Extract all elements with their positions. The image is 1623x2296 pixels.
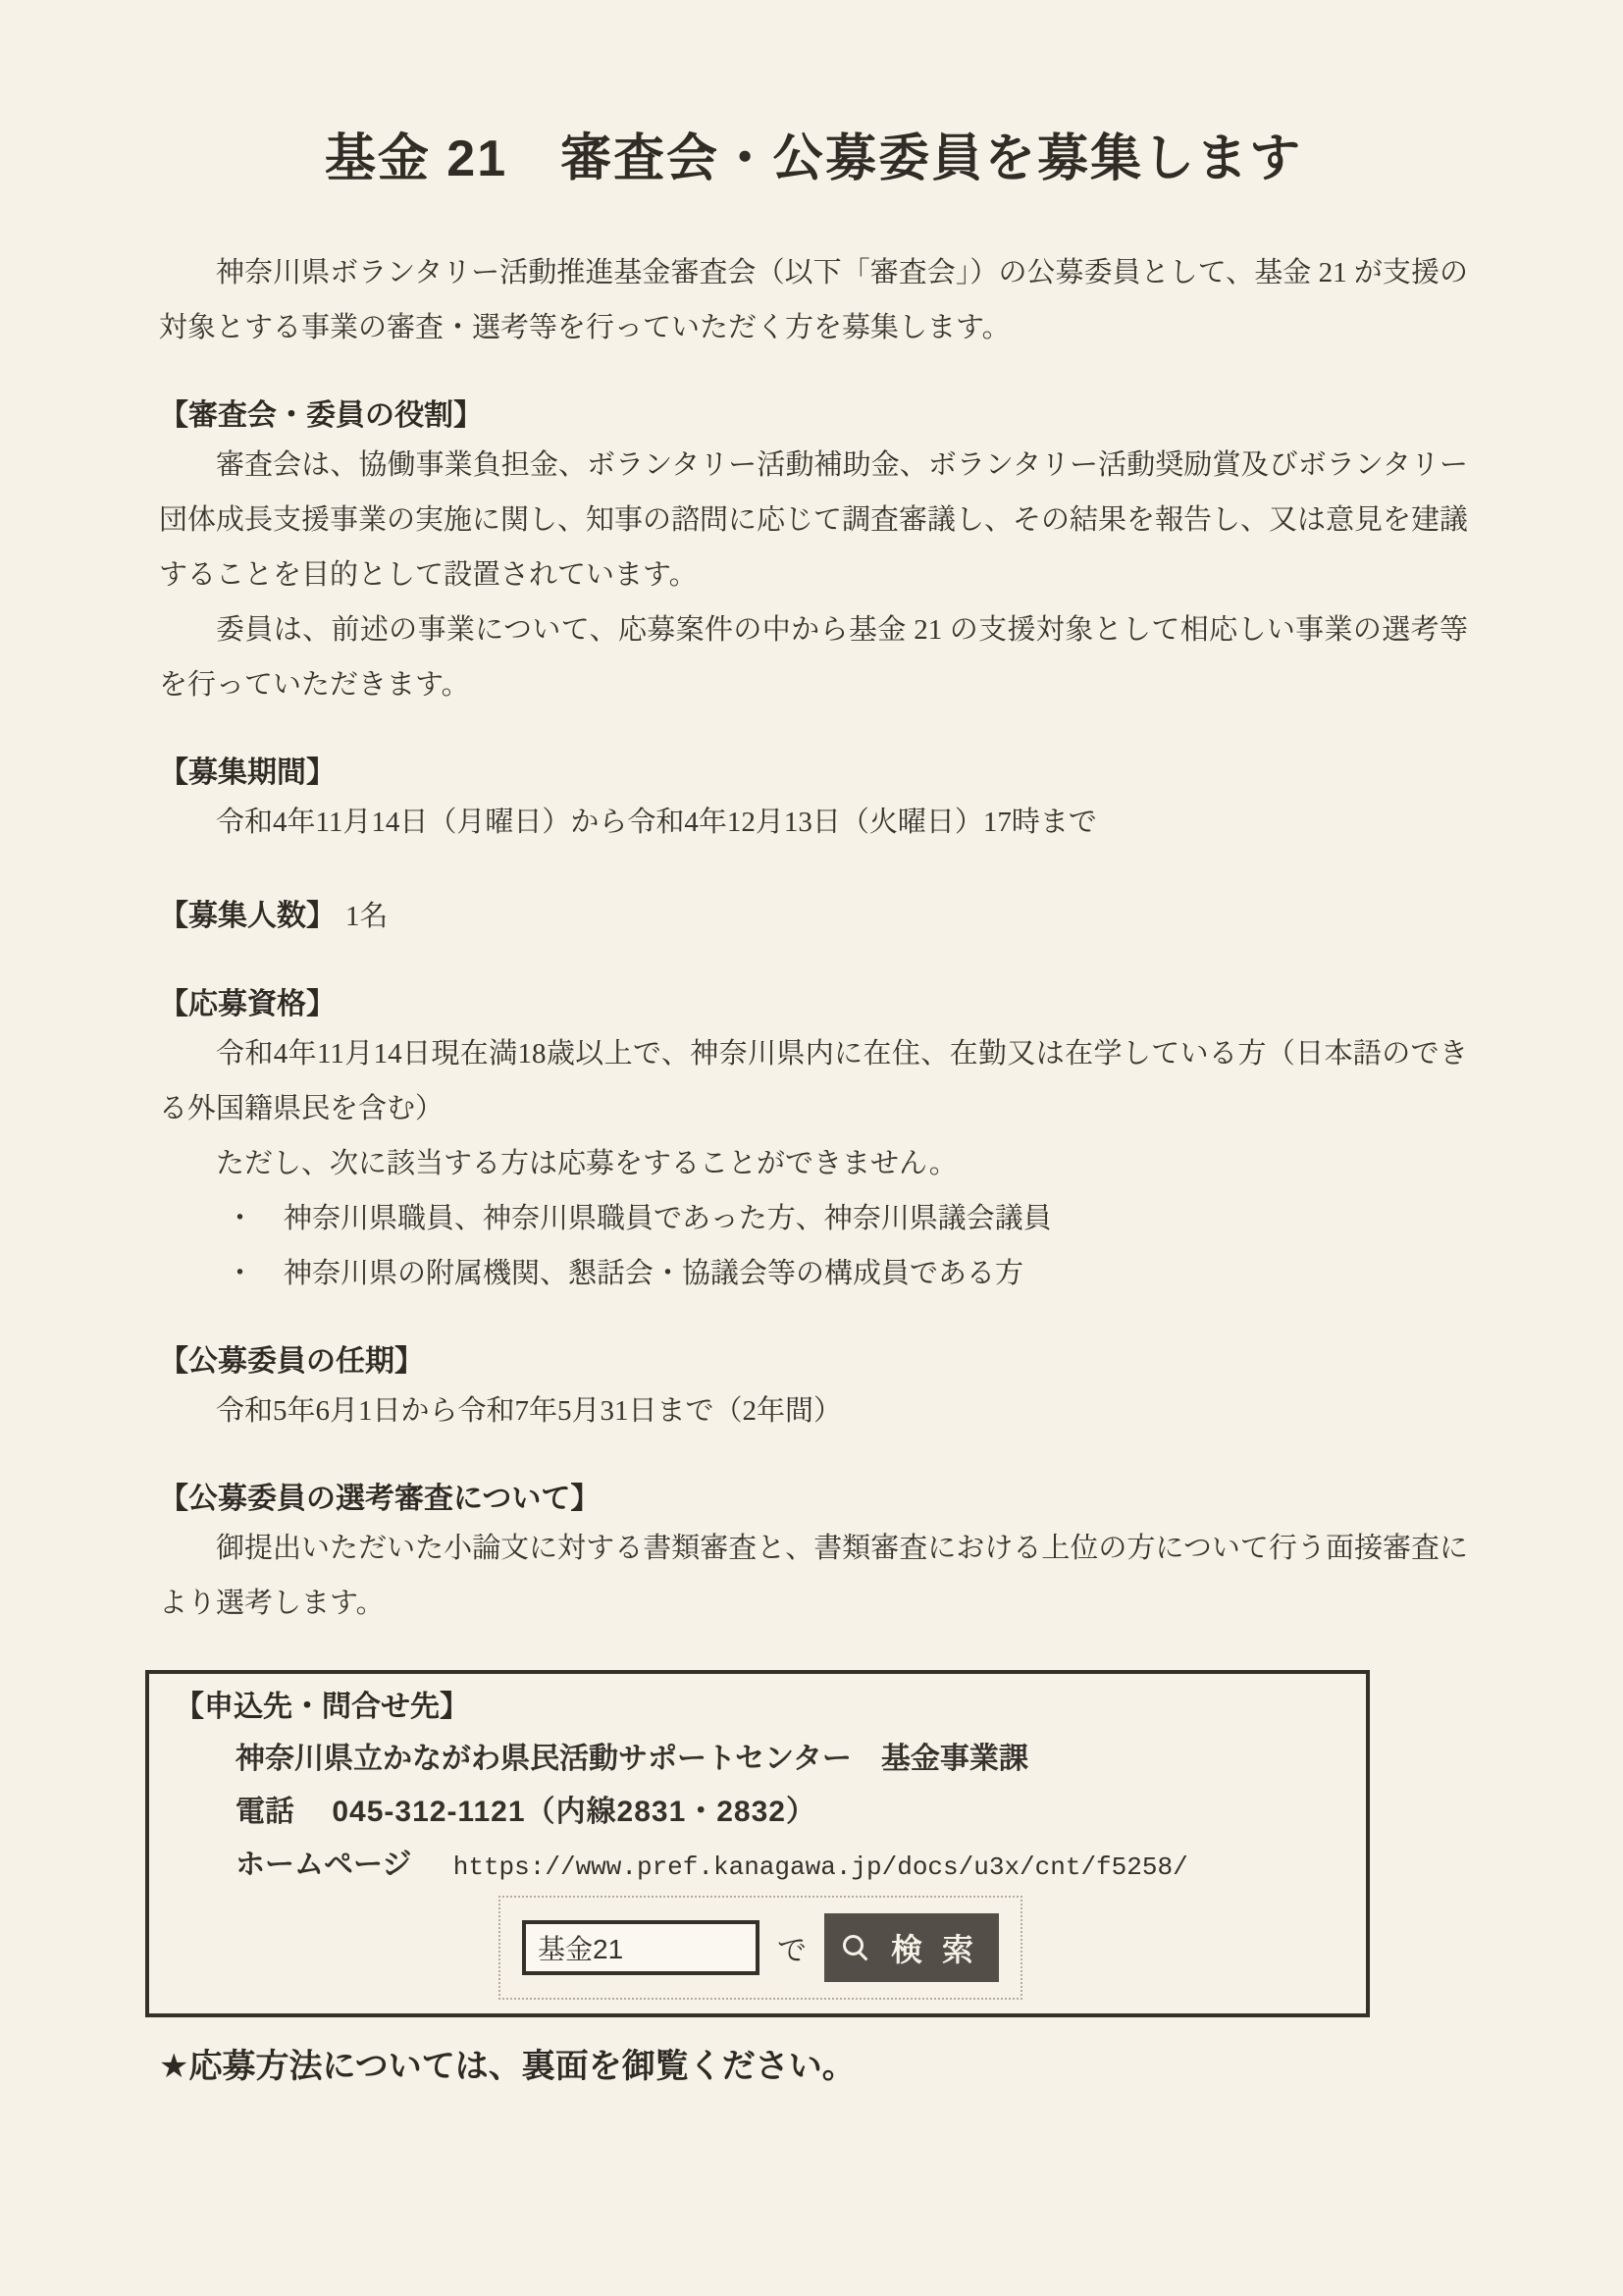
list-item: ・ 神奈川県職員、神奈川県職員であった方、神奈川県議会議員	[159, 1191, 1468, 1246]
section-heading: 【審査会・委員の役割】	[159, 394, 1468, 438]
paragraph: 令和4年11月14日現在満18歳以上で、神奈川県内に在住、在勤又は在学している方…	[159, 1026, 1468, 1136]
section-application-period: 【募集期間】 令和4年11月14日（月曜日）から令和4年12月13日（火曜日）1…	[159, 752, 1468, 850]
intro-paragraph: 神奈川県ボランタリー活動推進基金審査会（以下「審査会」）の公募委員として、基金 …	[159, 245, 1468, 355]
paragraph: 令和4年11月14日（月曜日）から令和4年12月13日（火曜日）17時まで	[159, 795, 1468, 850]
section-committee-role: 【審査会・委員の役割】 審査会は、協働事業負担金、ボランタリー活動補助金、ボラン…	[159, 394, 1468, 712]
contact-homepage-line: ホームページ https://www.pref.kanagawa.jp/docs…	[175, 1843, 1340, 1890]
homepage-label: ホームページ	[236, 1849, 411, 1881]
scanned-flyer-page: 基金 21 審査会・公募委員を募集します 神奈川県ボランタリー活動推進基金審査会…	[0, 0, 1623, 2296]
recruit-count-value: 1名	[345, 901, 389, 932]
phone-number: 045-312-1121（内線2831・2832）	[332, 1796, 816, 1828]
list-item: ・ 神奈川県の附属機関、懇話会・協議会等の構成員である方	[159, 1246, 1468, 1301]
bullet-marker: ・	[226, 1191, 254, 1246]
section-heading: 【募集人数】	[159, 895, 336, 938]
search-button-label: 検索	[891, 1925, 993, 1970]
contact-phone-line: 電話 045-312-1121（内線2831・2832）	[175, 1790, 1340, 1835]
section-heading: 【募集期間】	[159, 752, 1468, 795]
section-selection-process: 【公募委員の選考審査について】 御提出いただいた小論文に対する書類審査と、書類審…	[159, 1478, 1468, 1631]
list-item-text: 神奈川県職員、神奈川県職員であった方、神奈川県議会議員	[284, 1191, 1052, 1246]
page-title: 基金 21 審査会・公募委員を募集します	[159, 128, 1468, 190]
section-heading: 【応募資格】	[159, 983, 1468, 1026]
section-eligibility: 【応募資格】 令和4年11月14日現在満18歳以上で、神奈川県内に在住、在勤又は…	[159, 983, 1468, 1301]
contact-heading: 【申込先・問合せ先】	[175, 1686, 1340, 1729]
search-icon	[842, 1934, 869, 1961]
paragraph: 令和5年6月1日から令和7年5月31日まで（2年間）	[159, 1383, 1468, 1438]
section-term-of-office: 【公募委員の任期】 令和5年6月1日から令和7年5月31日まで（2年間）	[159, 1340, 1468, 1438]
contact-box: 【申込先・問合せ先】 神奈川県立かながわ県民活動サポートセンター 基金事業課 電…	[145, 1670, 1370, 2017]
bullet-marker: ・	[226, 1246, 254, 1301]
homepage-url: https://www.pref.kanagawa.jp/docs/u3x/cn…	[453, 1852, 1188, 1882]
list-item-text: 神奈川県の附属機関、懇話会・協議会等の構成員である方	[284, 1246, 1023, 1301]
search-input[interactable]	[522, 1920, 759, 1975]
search-widget: で 検索	[498, 1896, 1022, 2000]
paragraph: 委員は、前述の事業について、応募案件の中から基金 21 の支援対象として相応しい…	[159, 602, 1468, 712]
paragraph: 審査会は、協働事業負担金、ボランタリー活動補助金、ボランタリー活動奨励賞及びボラ…	[159, 438, 1468, 602]
paragraph: ただし、次に該当する方は応募をすることができません。	[159, 1136, 1468, 1191]
search-button[interactable]: 検索	[824, 1913, 999, 1982]
section-number-recruited: 【募集人数】1名	[159, 889, 1468, 944]
section-heading: 【公募委員の選考審査について】	[159, 1478, 1468, 1521]
section-heading: 【公募委員の任期】	[159, 1340, 1468, 1383]
phone-label: 電話	[236, 1796, 294, 1828]
contact-organization: 神奈川県立かながわ県民活動サポートセンター 基金事業課	[175, 1737, 1340, 1782]
footer-note: ★応募方法については、裏面を御覧ください。	[159, 2043, 1468, 2090]
search-connector-text: で	[777, 1926, 807, 1969]
paragraph: 御提出いただいた小論文に対する書類審査と、書類審査における上位の方について行う面…	[159, 1521, 1468, 1631]
